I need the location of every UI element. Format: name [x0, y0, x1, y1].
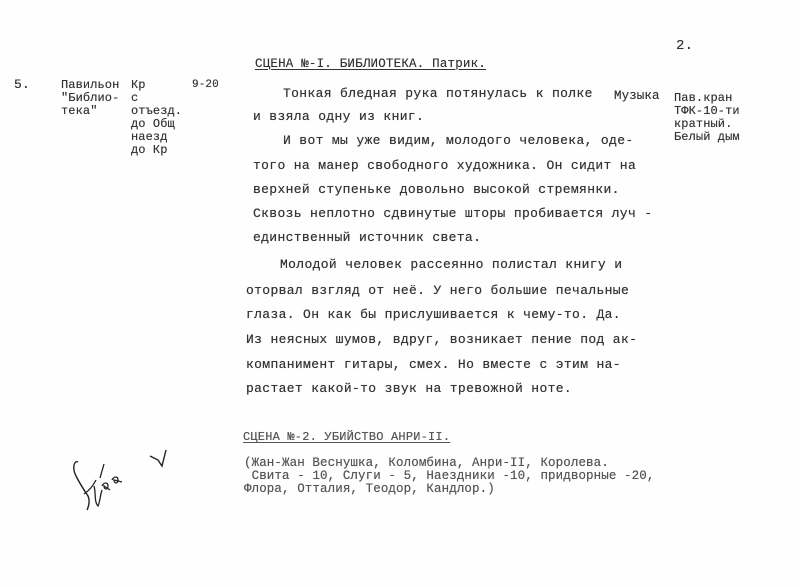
text-line: Из неясных шумов, вдруг, возникает пение… — [246, 332, 637, 347]
text-line: Сквозь неплотно сдвинутые шторы пробивае… — [253, 206, 652, 221]
notes-line: Белый дым — [674, 130, 740, 144]
text-line: компанимент гитары, смех. Но вместе с эт… — [246, 357, 621, 372]
camera-line: Кр — [131, 78, 146, 92]
text-line: оторвал взгляд от неё. У него большие пе… — [246, 283, 629, 298]
page-number: 2. — [676, 38, 693, 54]
location-line: тека" — [61, 104, 98, 118]
camera-line: отъезд. — [131, 104, 182, 118]
location-line: Павильон — [61, 78, 119, 92]
scene1-heading: СЦЕНА №-I. БИБЛИОТЕКА. Патрик. — [255, 57, 486, 71]
text-line: единственный источник света. — [253, 230, 481, 245]
text-line: Молодой человек рассеянно полистал книгу… — [280, 257, 622, 272]
handwritten-signature-icon — [70, 450, 180, 520]
notes-line: Пав.кран — [674, 91, 732, 105]
camera-line: наезд — [131, 130, 168, 144]
cast-line: Флора, Отталия, Теодор, Кандлор.) — [244, 482, 495, 496]
scene2-heading: СЦЕНА №-2. УБИЙСТВО АНРИ-II. — [243, 430, 450, 444]
document-page: 2. 5. Павильон "Библио- тека" Кр с отъез… — [0, 0, 800, 587]
text-line: и взяла одну из книг. — [253, 109, 424, 124]
camera-line: до Общ — [131, 117, 175, 131]
text-line: глаза. Он как бы прислушивается к чему-т… — [246, 307, 621, 322]
notes-line: кратный. — [674, 117, 732, 131]
sound-note: Музыка — [614, 89, 660, 103]
text-line: того на манер свободного художника. Он с… — [253, 158, 636, 173]
cast-line: (Жан-Жан Веснушка, Коломбина, Анри-II, К… — [244, 456, 609, 470]
cast-line: Свита - 10, Слуги - 5, Наездники -10, пр… — [244, 469, 654, 483]
text-line: И вот мы уже видим, молодого человека, о… — [283, 133, 634, 148]
duration: 9-20 — [192, 78, 219, 92]
camera-line: с — [131, 91, 138, 105]
notes-line: ТФК-10-ти — [674, 104, 740, 118]
location-line: "Библио- — [61, 91, 119, 105]
camera-line: до Кр — [131, 143, 168, 157]
scene-row-number: 5. — [14, 77, 30, 92]
text-line: растает какой-то звук на тревожной ноте. — [246, 381, 572, 396]
text-line: Тонкая бледная рука потянулась к полке — [283, 86, 593, 101]
text-line: верхней ступеньке довольно высокой стрем… — [253, 182, 620, 197]
